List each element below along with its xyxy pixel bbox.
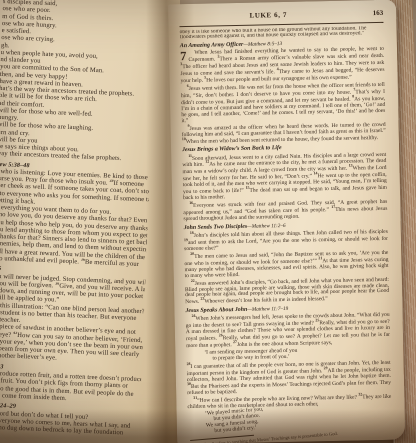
verse-paragraph: 20The men came to Jesus and said, “John … bbox=[184, 250, 388, 280]
verse-number: 31 bbox=[193, 396, 197, 400]
verse-number: 30 bbox=[187, 382, 191, 386]
verse-number: 24 bbox=[192, 314, 196, 318]
verse-number: 29 bbox=[109, 179, 113, 183]
chapter-number: 7 bbox=[180, 51, 186, 62]
verse-paragraph: 6Jesus went with them. He was not far fr… bbox=[181, 82, 386, 125]
verse-number: 21 bbox=[318, 256, 322, 260]
verse-paragraph: 28I can guarantee that of all the people… bbox=[187, 360, 392, 397]
right-page-text: obey it is like someone who built a hous… bbox=[180, 25, 392, 435]
verse-paragraph: 11Soon afterward, Jesus went to a city c… bbox=[182, 151, 387, 202]
verse-paragraph: 18John’s disciples told him about all th… bbox=[184, 229, 388, 253]
verse-number: 38 bbox=[55, 281, 59, 285]
verse-paragraph: 16Everyone was struck with fear and prai… bbox=[183, 199, 387, 223]
verse-number: 27 bbox=[233, 340, 237, 344]
verse-number: 17 bbox=[331, 205, 335, 209]
verse-number: 4 bbox=[277, 67, 279, 71]
verse-number: 7 bbox=[353, 88, 355, 92]
verse-number: 13 bbox=[349, 164, 353, 168]
verse-number: 26 bbox=[219, 333, 223, 337]
running-head: LUKE 6, 7 bbox=[179, 11, 357, 21]
verse-number: 23 bbox=[200, 297, 204, 301]
verse-number: 32 bbox=[358, 393, 362, 397]
verse-number: 36 bbox=[81, 257, 85, 261]
verse-number: 16 bbox=[189, 201, 193, 205]
verse-number: 25 bbox=[315, 319, 319, 323]
verse-number: 6 bbox=[187, 84, 189, 88]
verse-number: 14 bbox=[314, 172, 318, 176]
parallel-reference: —Matthew 8:5–13 bbox=[243, 41, 282, 48]
verse-number: 12 bbox=[205, 160, 209, 164]
verse-number: 29 bbox=[324, 366, 328, 370]
verse-paragraph: 24When John’s messengers had left, Jesus… bbox=[186, 312, 391, 350]
verse-number: 8 bbox=[352, 94, 354, 98]
page-number: 163 bbox=[373, 11, 384, 17]
verse-number: 22 bbox=[191, 279, 195, 283]
verse-number: 9 bbox=[188, 124, 190, 128]
verse-number: 20 bbox=[190, 252, 194, 256]
verse-paragraph: 9Jesus was amazed at the officer when he… bbox=[182, 122, 386, 146]
verse-number: 11 bbox=[188, 153, 192, 157]
verse-paragraph: 22Jesus answered John’s disciples, “Go b… bbox=[185, 276, 389, 306]
section-title: Jesus Brings a Widow’s Son Back to Life bbox=[182, 146, 282, 154]
verse-number: 2 bbox=[217, 55, 219, 59]
left-page-text: s disciples and said,ose who are poor.m … bbox=[0, 0, 157, 437]
left-page: s disciples and said,ose who are poor.m … bbox=[0, 0, 180, 443]
open-book-photo: s disciples and said,ose who are poor.m … bbox=[0, 0, 416, 443]
verse-number: 15 bbox=[246, 186, 250, 190]
right-page: LUKE 6, 7 163 obey it is like someone wh… bbox=[168, 0, 405, 443]
parallel-reference: —Matthew 11:2–6 bbox=[247, 223, 285, 230]
verse-number: 5 bbox=[204, 76, 206, 80]
verse-number: 42 bbox=[13, 330, 17, 334]
verse-number: 19 bbox=[184, 238, 188, 242]
verse-number: 28 bbox=[187, 362, 191, 366]
verse-number: 18 bbox=[190, 231, 194, 235]
verse-number: 3 bbox=[180, 62, 182, 66]
verse-paragraph: 7When Jesus had finished everything he w… bbox=[180, 47, 385, 85]
parallel-reference: —Matthew 11:7–19 bbox=[247, 306, 288, 313]
verse-number: 10 bbox=[182, 137, 186, 141]
